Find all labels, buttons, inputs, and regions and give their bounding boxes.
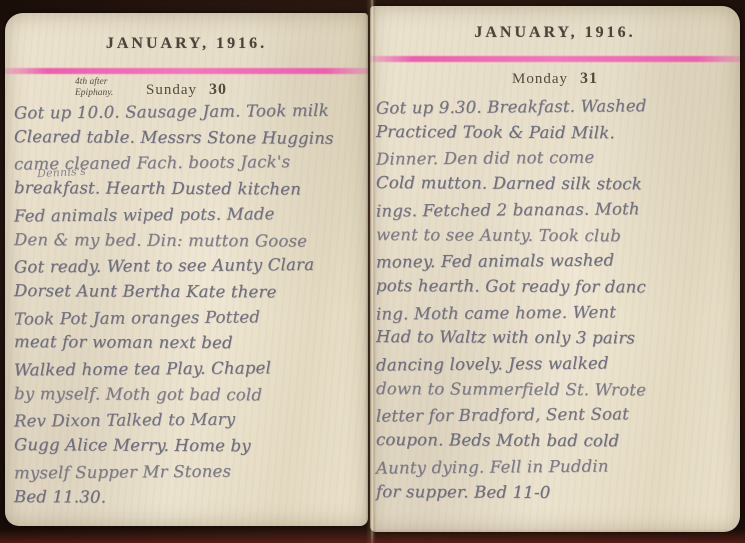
diary-entry-line: meat for woman next bed: [14, 329, 366, 357]
diary-entry-line: Cleared table. Messrs Stone Huggins: [14, 124, 366, 152]
diary-photo: JANUARY, 1916. 4th after Epiphany. Sunda…: [0, 0, 745, 543]
day-heading-left: Sunday 30: [5, 81, 368, 99]
diary-entry-line: Cold mutton. Darned silk stock: [376, 170, 738, 198]
day-number-left: 30: [209, 81, 227, 98]
month-header-right: JANUARY, 1916.: [370, 24, 740, 42]
day-number-right: 31: [580, 70, 598, 87]
diary-entry-line: Got ready. Went to see Aunty Clara: [14, 252, 366, 281]
day-name-left: Sunday: [146, 82, 197, 98]
diary-entry-line: Gugg Alice Merry. Home by: [14, 432, 366, 460]
diary-entry-line: came cleaned Fach. boots Jack's: [14, 149, 366, 178]
day-heading-right: Monday 31: [370, 70, 740, 88]
diary-entry-line: Took Pot Jam oranges Potted: [14, 303, 366, 332]
diary-entry-line: Aunty dying. Fell in Puddin: [376, 452, 738, 481]
diary-entry-line: ing. Moth came home. Went: [376, 298, 738, 327]
diary-page-left: JANUARY, 1916. 4th after Epiphany. Sunda…: [5, 13, 368, 526]
diary-entry-line: Practiced Took & Paid Milk.: [376, 119, 738, 147]
diary-entry-line: Had to Waltz with only 3 pairs: [376, 324, 738, 352]
diary-entry-line: Dinner. Den did not come: [376, 144, 738, 173]
diary-entry-line: for supper. Bed 11-0: [376, 479, 738, 507]
diary-entry-line: pots hearth. Got ready for danc: [376, 273, 738, 301]
diary-entry-line: coupon. Beds Moth bad cold: [376, 427, 738, 455]
diary-entry-line: dancing lovely. Jess walked: [376, 349, 738, 378]
pink-highlight-line-left: [5, 68, 368, 74]
diary-entry-line: ings. Fetched 2 bananas. Moth: [376, 195, 738, 224]
handwritten-entries-left: Got up 10.0. Sausage Jam. Took milkClear…: [14, 99, 366, 510]
diary-entry-line: breakfast. Hearth Dusted kitchen: [14, 175, 366, 203]
diary-page-right: JANUARY, 1916. Monday 31 Got up 9.30. Br…: [370, 6, 740, 532]
diary-entry-line: myself Supper Mr Stones: [14, 457, 366, 486]
diary-entry-line: by myself. Moth got bad cold: [14, 381, 366, 409]
diary-entry-line: Bed 11.30.: [14, 484, 366, 512]
diary-entry-line: Got up 10.0. Sausage Jam. Took milk: [14, 97, 366, 126]
diary-entry-line: Got up 9.30. Breakfast. Washed: [376, 92, 738, 121]
diary-entry-line: letter for Bradford, Sent Soat: [376, 401, 738, 430]
diary-entry-line: Rev Dixon Talked to Mary: [14, 406, 366, 435]
handwritten-entries-right: Got up 9.30. Breakfast. WashedPracticed …: [376, 94, 738, 505]
day-name-right: Monday: [512, 71, 568, 87]
month-header-left: JANUARY, 1916.: [5, 35, 368, 53]
diary-entry-line: Den & my bed. Din: mutton Goose: [14, 227, 366, 255]
diary-entry-line: Dorset Aunt Bertha Kate there: [14, 278, 366, 306]
diary-entry-line: Fed animals wiped pots. Made: [14, 200, 366, 229]
diary-entry-line: down to Summerfield St. Wrote: [376, 376, 738, 404]
pink-highlight-line-right: [370, 56, 740, 62]
diary-entry-line: Walked home tea Play. Chapel: [14, 354, 366, 383]
diary-entry-line: went to see Aunty. Took club: [376, 222, 738, 250]
diary-entry-line: money. Fed animals washed: [376, 247, 738, 276]
